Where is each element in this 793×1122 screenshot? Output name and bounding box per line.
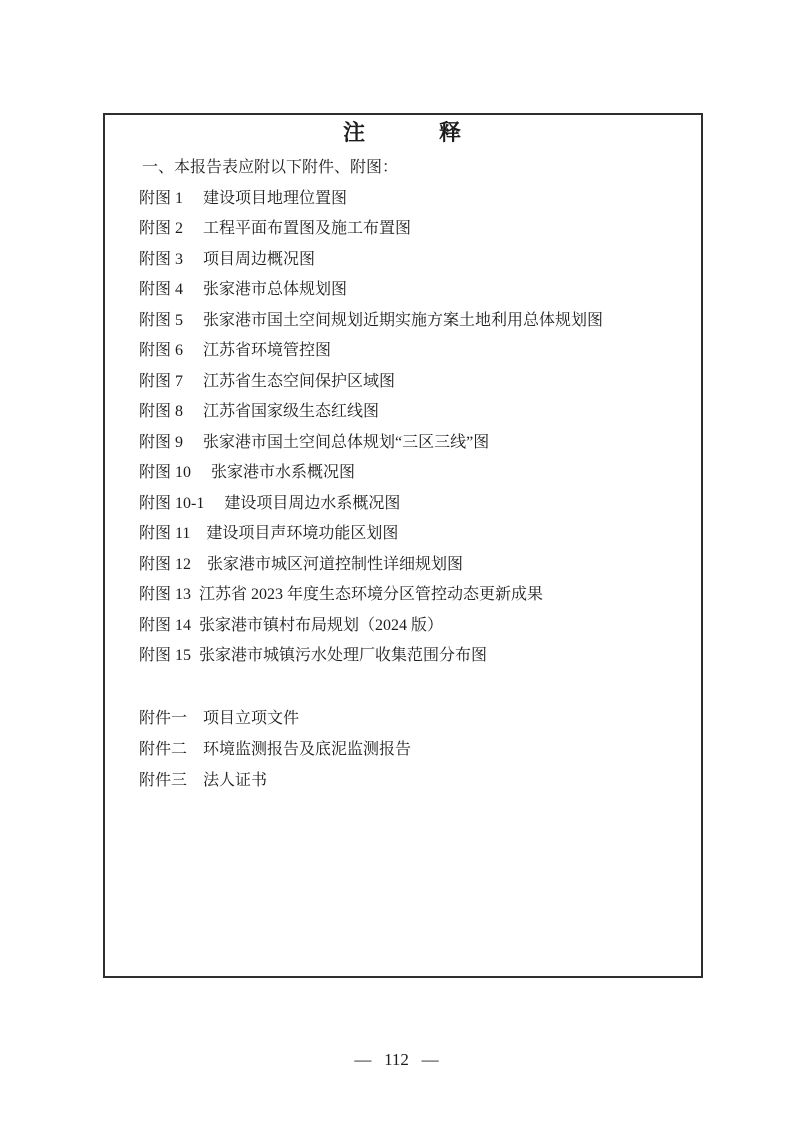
figure-list-item: 附图 10 张家港市水系概况图 bbox=[139, 458, 701, 489]
figure-list-item: 附图 15 张家港市城镇污水处理厂收集范围分布图 bbox=[139, 641, 701, 672]
figure-list-item: 附图 10-1 建设项目周边水系概况图 bbox=[139, 489, 701, 520]
figure-list-item: 附图 9 张家港市国土空间总体规划“三区三线”图 bbox=[139, 428, 701, 459]
figure-list-item: 附图 12 张家港市城区河道控制性详细规划图 bbox=[139, 550, 701, 581]
figure-list-item: 附图 4 张家港市总体规划图 bbox=[139, 275, 701, 306]
notes-box: 注 释 一、本报告表应附以下附件、附图： 附图 1 建设项目地理位置图附图 2 … bbox=[103, 113, 703, 978]
figure-list-item: 附图 8 江苏省国家级生态红线图 bbox=[139, 397, 701, 428]
intro-line: 一、本报告表应附以下附件、附图： bbox=[142, 153, 701, 184]
attachment-list-item: 附件二 环境监测报告及底泥监测报告 bbox=[139, 734, 701, 765]
figure-list-item: 附图 7 江苏省生态空间保护区域图 bbox=[139, 367, 701, 398]
figure-list-item: 附图 13 江苏省 2023 年度生态环境分区管控动态更新成果 bbox=[139, 580, 701, 611]
figure-list-item: 附图 6 江苏省环境管控图 bbox=[139, 336, 701, 367]
figure-list: 附图 1 建设项目地理位置图附图 2 工程平面布置图及施工布置图附图 3 项目周… bbox=[139, 184, 701, 672]
figure-list-item: 附图 3 项目周边概况图 bbox=[139, 245, 701, 276]
page-number: — 112 — bbox=[0, 1050, 793, 1070]
attachment-list: 附件一 项目立项文件附件二 环境监测报告及底泥监测报告附件三 法人证书 bbox=[139, 703, 701, 796]
attachment-list-item: 附件三 法人证书 bbox=[139, 765, 701, 796]
notes-title: 注 释 bbox=[105, 119, 701, 147]
figure-list-item: 附图 14 张家港市镇村布局规划（2024 版） bbox=[139, 611, 701, 642]
document-page: 注 释 一、本报告表应附以下附件、附图： 附图 1 建设项目地理位置图附图 2 … bbox=[0, 0, 793, 1122]
figure-list-item: 附图 1 建设项目地理位置图 bbox=[139, 184, 701, 215]
figure-list-item: 附图 5 张家港市国土空间规划近期实施方案土地利用总体规划图 bbox=[139, 306, 701, 337]
attachment-list-item: 附件一 项目立项文件 bbox=[139, 703, 701, 734]
figure-list-item: 附图 2 工程平面布置图及施工布置图 bbox=[139, 214, 701, 245]
figure-list-item: 附图 11 建设项目声环境功能区划图 bbox=[139, 519, 701, 550]
